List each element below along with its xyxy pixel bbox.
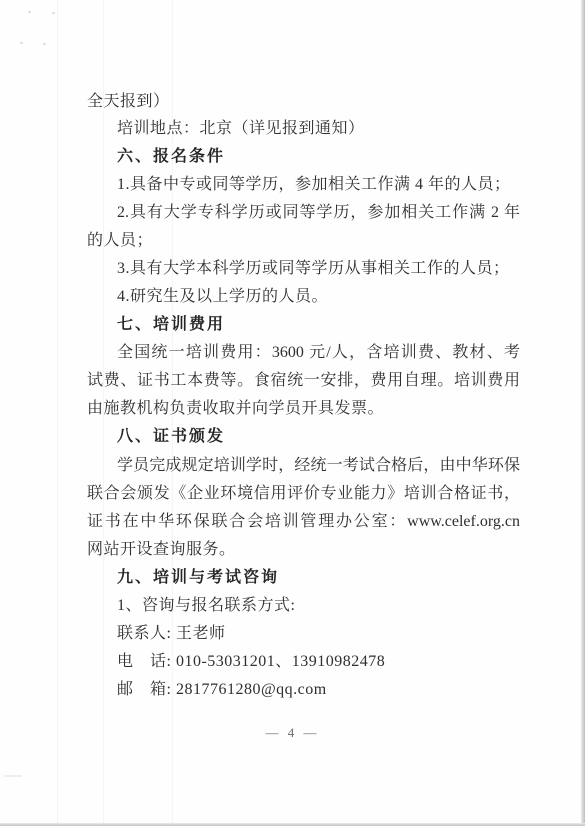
doc-line: 1.具备中专或同等学历，参加相关工作满 4 年的人员； (117, 174, 520, 196)
document-page: 全天报到） 培训地点：北京（详见报到通知） 六、报名条件 1.具备中专或同等学历… (0, 0, 585, 826)
doc-line: 3.具有大学本科学历或同等学历从事相关工作的人员； (117, 258, 520, 280)
doc-line: 全天报到） (87, 91, 520, 113)
scan-speck (52, 12, 55, 14)
doc-line-contact-person: 联系人: 王老师 (117, 623, 520, 645)
section-heading-certificate-issuance: 八、证书颁发 (117, 426, 520, 448)
doc-line-website-url: 证书在中华环保联合会培训管理办公室：www.celef.org.cn (87, 511, 520, 533)
doc-line: 试费、证书工本费等。食宿统一安排，费用自理。培训费用 (87, 370, 520, 392)
doc-line: 由施教机构负责收取并向学员开具发票。 (87, 398, 520, 420)
doc-line: 1、咨询与报名联系方式: (117, 595, 520, 617)
section-heading-training-fee: 七、培训费用 (117, 314, 520, 336)
scan-smudge (4, 775, 22, 777)
doc-line: 联合会颁发《企业环境信用评价专业能力》培训合格证书， (87, 483, 520, 505)
section-heading-training-exam-consultation: 九、培训与考试咨询 (117, 567, 520, 589)
scan-speck (28, 11, 31, 13)
scan-streak (57, 0, 58, 826)
scan-speck (20, 42, 23, 44)
doc-line: 2.具有大学专科学历或同等学历，参加相关工作满 2 年 (117, 202, 520, 224)
doc-line: 学员完成规定培训学时，经统一考试合格后，由中华环保 (117, 455, 520, 477)
section-heading-registration-requirements: 六、报名条件 (117, 146, 520, 168)
doc-line: 网站开设查询服务。 (87, 539, 520, 561)
doc-line: 4.研究生及以上学历的人员。 (117, 286, 520, 308)
scan-edge-right (581, 0, 585, 826)
doc-line-phone-numbers: 电 话: 010-53031201、13910982478 (117, 651, 520, 673)
doc-line-email-address: 邮 箱: 2817761280@qq.com (117, 679, 520, 701)
scan-speck (43, 43, 46, 45)
doc-line: 全国统一培训费用：3600 元/人，含培训费、教材、考 (117, 342, 520, 364)
doc-line: 培训地点：北京（详见报到通知） (117, 118, 520, 140)
page-number: — 4 — (0, 724, 585, 742)
doc-line: 的人员； (87, 230, 520, 252)
